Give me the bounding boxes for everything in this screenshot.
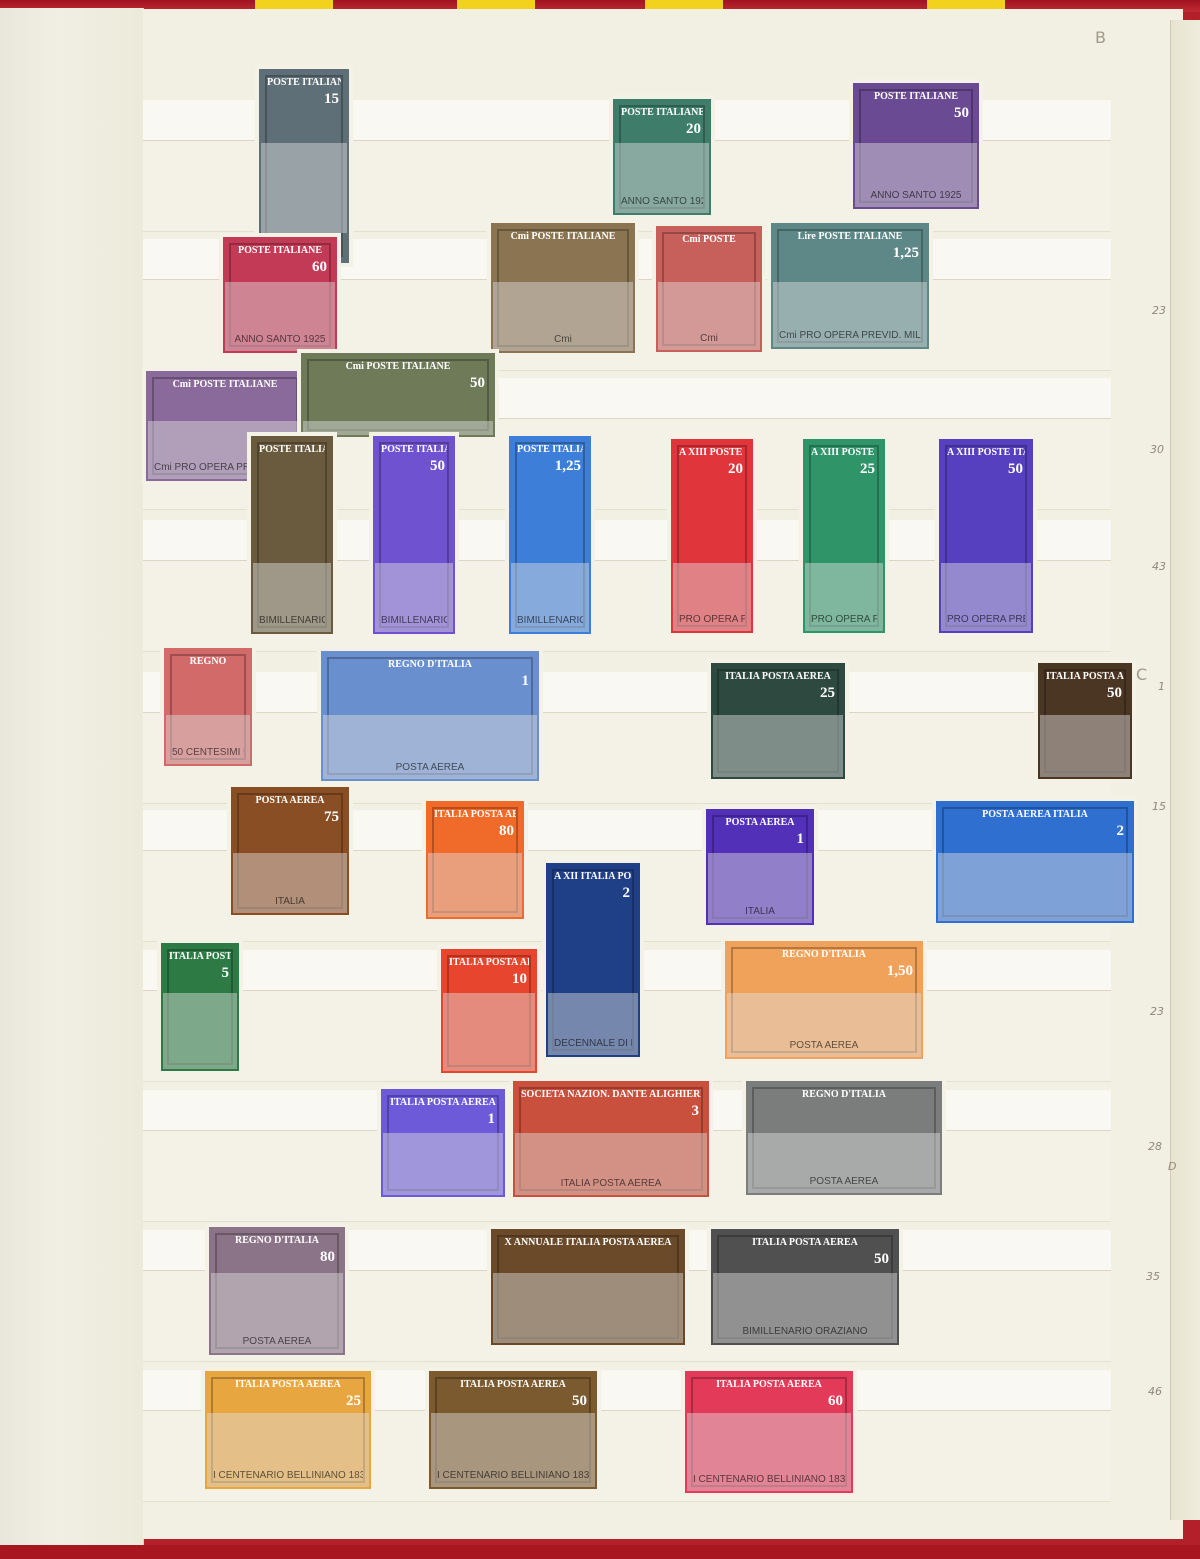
stamp-subtitle: BIMILLENARIO ORAZIANO [719, 1326, 891, 1337]
interleaf-page [0, 8, 144, 1559]
margin-note: 1 [1158, 680, 1165, 693]
stamp: POSTE ITALIANE50ANNO SANTO 1925 [852, 82, 980, 210]
glassine-overlay [163, 993, 237, 1072]
stamp: ITALIA POSTA AEREA50 [1037, 662, 1133, 780]
stamp-inscription: Cmi POSTE ITALIANE [154, 379, 296, 390]
stamp-inscription: REGNO D'ITALIA [217, 1235, 337, 1246]
margin-note: 43 [1152, 560, 1166, 573]
stamp: ITALIA POSTA AEREA80 [425, 800, 525, 920]
margin-note: 15 [1152, 800, 1166, 813]
stamp: POSTA AEREA ITALIA2 [935, 800, 1135, 924]
stamp: REGNO50 CENTESIMI 50 [163, 647, 253, 767]
stamp-inscription: POSTE ITALIANE [621, 107, 703, 118]
glassine-overlay [443, 993, 535, 1074]
stamp-subtitle: ANNO SANTO 1925 [231, 334, 329, 345]
stamp-denomination: 20 [686, 121, 701, 138]
stamp: ITALIA POSTA AEREA50I CENTENARIO BELLINI… [428, 1370, 598, 1490]
stamp: Cmi POSTECmi [655, 225, 763, 353]
stamp-inscription: SOCIETA NAZION. DANTE ALIGHIERI [521, 1089, 701, 1100]
stamp-denomination: 20 [728, 461, 743, 478]
stamp: POSTA AEREA1ITALIA [705, 808, 815, 926]
glassine-overlay [261, 143, 347, 233]
album-cover-bottom [0, 1545, 1200, 1559]
stamp-inscription: POSTA AEREA [714, 817, 806, 828]
stamp: POSTE ITALIANE20ANNO SANTO 1925 [612, 98, 712, 216]
glassine-overlay [1040, 715, 1130, 780]
stamp-inscription: ITALIA POSTA AEREA [719, 671, 837, 682]
stamp-subtitle: POSTA AEREA [733, 1040, 915, 1051]
stamp-denomination: 10 [512, 971, 527, 988]
stamp: Lire POSTE ITALIANE1,25Cmi PRO OPERA PRE… [770, 222, 930, 350]
stamp: Cmi POSTE ITALIANECmi [490, 222, 636, 354]
stamp-denomination: 25 [346, 1393, 361, 1410]
stamp-subtitle: ANNO SANTO 1925 [861, 190, 971, 201]
stamp-subtitle: BIMILLENARIO DI TITO LIVIO [259, 615, 325, 626]
stamp-inscription: ITALIA POSTA AEREA [434, 809, 516, 820]
stamp-inscription: Cmi POSTE ITALIANE [499, 231, 627, 242]
stamp-inscription: ITALIA POSTA AEREA [437, 1379, 589, 1390]
stamp: POSTE ITALIANEBIMILLENARIO DI TITO LIVIO [250, 435, 334, 635]
stamp-subtitle: I CENTENARIO BELLINIANO 1835-1935 [437, 1470, 589, 1481]
stamp-subtitle: I CENTENARIO BELLINIANO 1835-1935 [693, 1474, 845, 1485]
stamp-inscription: REGNO D'ITALIA [329, 659, 531, 670]
stamp-subtitle: PRO OPERA PREVID. MILIZIA [811, 614, 877, 625]
stamp-subtitle: POSTA AEREA [329, 762, 531, 773]
stamp-denomination: 15 [324, 91, 339, 108]
glassine-overlay [713, 715, 843, 780]
stamp-subtitle: PRO OPERA PREVID. MILIZIA [679, 614, 745, 625]
margin-note: 46 [1148, 1385, 1162, 1398]
stamp-inscription: Cmi POSTE [664, 234, 754, 245]
stamp-denomination: 2 [623, 885, 631, 902]
stamp-subtitle: ITALIA POSTA AEREA [521, 1178, 701, 1189]
stamp-inscription: POSTE ITALIANE [231, 245, 329, 256]
stamp-inscription: A XIII POSTE ITALIANE [947, 447, 1025, 458]
stamp-inscription: POSTE ITALIANE [267, 77, 341, 88]
stamp-denomination: 5 [222, 965, 230, 982]
stamp-subtitle: BIMILLENARIO DI TITO LIVIO [381, 615, 447, 626]
stamp-inscription: POSTA AEREA [239, 795, 341, 806]
stamp: ITALIA POSTA AEREA50BIMILLENARIO ORAZIAN… [710, 1228, 900, 1346]
page-edges [1170, 20, 1200, 1520]
stamp-denomination: 50 [470, 375, 485, 392]
stamp-denomination: 50 [954, 105, 969, 122]
glassine-overlay [938, 853, 1132, 924]
page-letter: B [1095, 28, 1106, 47]
stamp-inscription: ITALIA POSTA AEREA [693, 1379, 845, 1390]
stamp-subtitle: POSTA AEREA [217, 1336, 337, 1347]
stamp-denomination: 75 [324, 809, 339, 826]
glassine-overlay [493, 1273, 683, 1346]
stamp-denomination: 3 [692, 1103, 700, 1120]
margin-note: 30 [1150, 443, 1164, 456]
stamp-denomination: 50 [1107, 685, 1122, 702]
stamp-denomination: 50 [430, 458, 445, 475]
stamp: A XIII POSTE ITALIANE50PRO OPERA PREVID.… [938, 438, 1034, 634]
stamp-denomination: 1,25 [555, 458, 581, 475]
stamp-subtitle: 50 CENTESIMI 50 [172, 747, 244, 758]
stamp-denomination: 1 [797, 831, 805, 848]
stamp-inscription: POSTE ITALIANE [861, 91, 971, 102]
stamp-subtitle: DECENNALE DI FIUME [554, 1038, 632, 1049]
stamp: REGNO D'ITALIA1,50POSTA AEREA [724, 940, 924, 1060]
stamp: POSTA AEREA75ITALIA [230, 786, 350, 916]
stamp: REGNO D'ITALIAPOSTA AEREA [745, 1080, 943, 1196]
stamp-subtitle: PRO OPERA PREVID. MILIZIA [947, 614, 1025, 625]
stamp-subtitle: I CENTENARIO BELLINIANO 1835-1935 [213, 1470, 363, 1481]
stamp: REGNO D'ITALIA1POSTA AEREA [320, 650, 540, 782]
stamp-inscription: REGNO D'ITALIA [754, 1089, 934, 1100]
glassine-overlay [383, 1133, 503, 1198]
stamp-inscription: REGNO D'ITALIA [733, 949, 915, 960]
stamp-inscription: A XIII POSTE ITALIANE [679, 447, 745, 458]
glassine-overlay [166, 715, 250, 767]
stamp-subtitle: Cmi [664, 333, 754, 344]
stamp-inscription: POSTA AEREA ITALIA [944, 809, 1126, 820]
stamp-denomination: 1,50 [887, 963, 913, 980]
stamp-inscription: POSTE ITALIANE [381, 444, 447, 455]
stamp: Cmi POSTE ITALIANE50 [300, 352, 496, 438]
stamp-subtitle: BIMILLENARIO DI TITO LIVIO [517, 615, 583, 626]
stamp-denomination: 25 [860, 461, 875, 478]
glassine-overlay [428, 853, 522, 920]
stamp-inscription: A XIII POSTE ITALIANE [811, 447, 877, 458]
stamp-subtitle: ITALIA [239, 896, 341, 907]
stamp: A XII ITALIA POSTA AEREA2DECENNALE DI FI… [545, 862, 641, 1058]
stamp-subtitle: POSTA AEREA [754, 1176, 934, 1187]
stamp-denomination: 50 [1008, 461, 1023, 478]
stamp-inscription: X ANNUALE ITALIA POSTA AEREA [499, 1237, 677, 1248]
stamp: REGNO D'ITALIA80POSTA AEREA [208, 1226, 346, 1356]
stamp-denomination: 50 [874, 1251, 889, 1268]
stamp-inscription: ITALIA POSTA AEREA [169, 951, 231, 962]
stamp-subtitle: Cmi [499, 334, 627, 345]
stamp-denomination: 80 [499, 823, 514, 840]
stamp-inscription: ITALIA POSTA AEREA [213, 1379, 363, 1390]
stamp-denomination: 2 [1117, 823, 1125, 840]
stamp-denomination: 60 [312, 259, 327, 276]
stamp-inscription: Lire POSTE ITALIANE [779, 231, 921, 242]
stamp-inscription: ITALIA POSTA AEREA [1046, 671, 1124, 682]
strip-gap [143, 672, 1111, 712]
stamp-denomination: 50 [572, 1393, 587, 1410]
stamp: A XIII POSTE ITALIANE25PRO OPERA PREVID.… [802, 438, 886, 634]
stamp: POSTE ITALIANE15CROCE ROSSA [258, 68, 350, 264]
stamp-inscription: ITALIA POSTA AEREA [719, 1237, 891, 1248]
stamp-subtitle: ITALIA [714, 906, 806, 917]
stamp-denomination: 60 [828, 1393, 843, 1410]
stamp-inscription: POSTE ITALIANE [517, 444, 583, 455]
stamp: X ANNUALE ITALIA POSTA AEREA [490, 1228, 686, 1346]
stamp-inscription: POSTE ITALIANE [259, 444, 325, 455]
stamp: A XIII POSTE ITALIANE20PRO OPERA PREVID.… [670, 438, 754, 634]
stamp-subtitle: Cmi PRO OPERA PREVID. MILIZIA [779, 330, 921, 341]
stamp-inscription: Cmi POSTE ITALIANE [309, 361, 487, 372]
stamp: ITALIA POSTA AEREA1 [380, 1088, 506, 1198]
stamp: POSTE ITALIANE50BIMILLENARIO DI TITO LIV… [372, 435, 456, 635]
margin-note: 23 [1150, 1005, 1164, 1018]
stamp-inscription: A XII ITALIA POSTA AEREA [554, 871, 632, 882]
section-letter: D [1168, 1160, 1176, 1173]
stamp-inscription: REGNO [172, 656, 244, 667]
stamp-denomination: 1 [522, 673, 530, 690]
margin-note: 23 [1152, 304, 1166, 317]
margin-note: 35 [1146, 1270, 1160, 1283]
stamp: POSTE ITALIANE60ANNO SANTO 1925 [222, 236, 338, 354]
stamp-inscription: ITALIA POSTA AEREA [389, 1097, 497, 1108]
stamp: SOCIETA NAZION. DANTE ALIGHIERI3ITALIA P… [512, 1080, 710, 1198]
stamp-denomination: 1,25 [893, 245, 919, 262]
stamp: ITALIA POSTA AEREA10 [440, 948, 538, 1074]
stamp: ITALIA POSTA AEREA25 [710, 662, 846, 780]
stamp: POSTE ITALIANE1,25BIMILLENARIO DI TITO L… [508, 435, 592, 635]
stamp-denomination: 80 [320, 1249, 335, 1266]
stamp: ITALIA POSTA AEREA60I CENTENARIO BELLINI… [684, 1370, 854, 1494]
stamp: ITALIA POSTA AEREA25I CENTENARIO BELLINI… [204, 1370, 372, 1490]
stamp-denomination: 25 [820, 685, 835, 702]
stamp-inscription: ITALIA POSTA AEREA [449, 957, 529, 968]
margin-note: 28 [1148, 1140, 1162, 1153]
stamp: ITALIA POSTA AEREA5 [160, 942, 240, 1072]
section-letter: C [1136, 665, 1147, 684]
stamp-subtitle: ANNO SANTO 1925 [621, 196, 703, 207]
stamp-denomination: 1 [488, 1111, 496, 1128]
